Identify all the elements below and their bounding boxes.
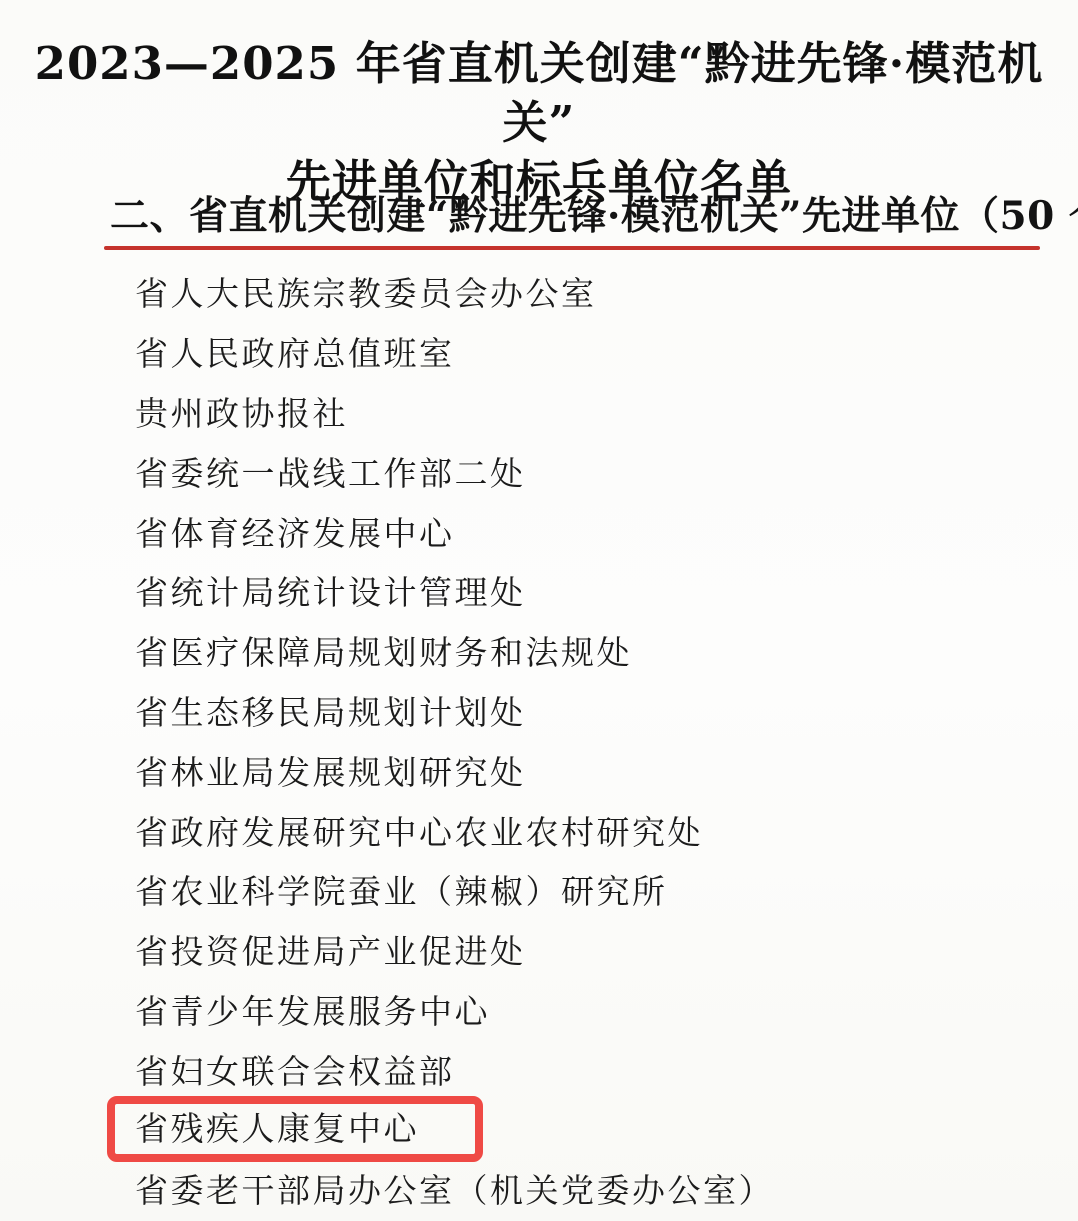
list-item: 省人大民族宗教委员会办公室 — [0, 262, 1078, 322]
list-item-highlighted-row: 省残疾人康复中心 — [0, 1099, 1078, 1159]
list-item: 省林业局发展规划研究处 — [0, 740, 1078, 800]
list-item: 省农业科学院蚕业（辣椒）研究所 — [0, 860, 1078, 920]
list-item: 省委老干部局办公室（机关党委办公室） — [0, 1159, 1078, 1219]
section-heading: 二、省直机关创建“黔进先锋·模范机关”先进单位（50 个） — [110, 192, 1048, 240]
unit-list: 省人大民族宗教委员会办公室 省人民政府总值班室 贵州政协报社 省委统一战线工作部… — [0, 262, 1078, 1219]
list-item: 省投资促进局产业促进处 — [0, 920, 1078, 980]
document-title: 2023—2025 年省直机关创建“黔进先锋·模范机关” 先进单位和标兵单位名单 — [0, 34, 1078, 211]
list-item: 省委统一战线工作部二处 — [0, 441, 1078, 501]
list-item: 省人民政府总值班室 — [0, 322, 1078, 382]
list-item: 省医疗保障局规划财务和法规处 — [0, 621, 1078, 681]
section-heading-underline — [104, 246, 1040, 250]
highlighted-list-item: 省残疾人康复中心 — [135, 1109, 419, 1148]
document-page: 2023—2025 年省直机关创建“黔进先锋·模范机关” 先进单位和标兵单位名单… — [0, 0, 1078, 1221]
list-item: 省青少年发展服务中心 — [0, 980, 1078, 1040]
list-item: 省统计局统计设计管理处 — [0, 561, 1078, 621]
list-item: 省妇女联合会权益部 — [0, 1039, 1078, 1099]
list-item: 省政府发展研究中心农业农村研究处 — [0, 800, 1078, 860]
title-line-1: 2023—2025 年省直机关创建“黔进先锋·模范机关” — [0, 34, 1078, 152]
highlight-box: 省残疾人康复中心 — [107, 1096, 483, 1162]
list-item: 省生态移民局规划计划处 — [0, 681, 1078, 741]
list-item: 贵州政协报社 — [0, 382, 1078, 442]
list-item: 省体育经济发展中心 — [0, 501, 1078, 561]
